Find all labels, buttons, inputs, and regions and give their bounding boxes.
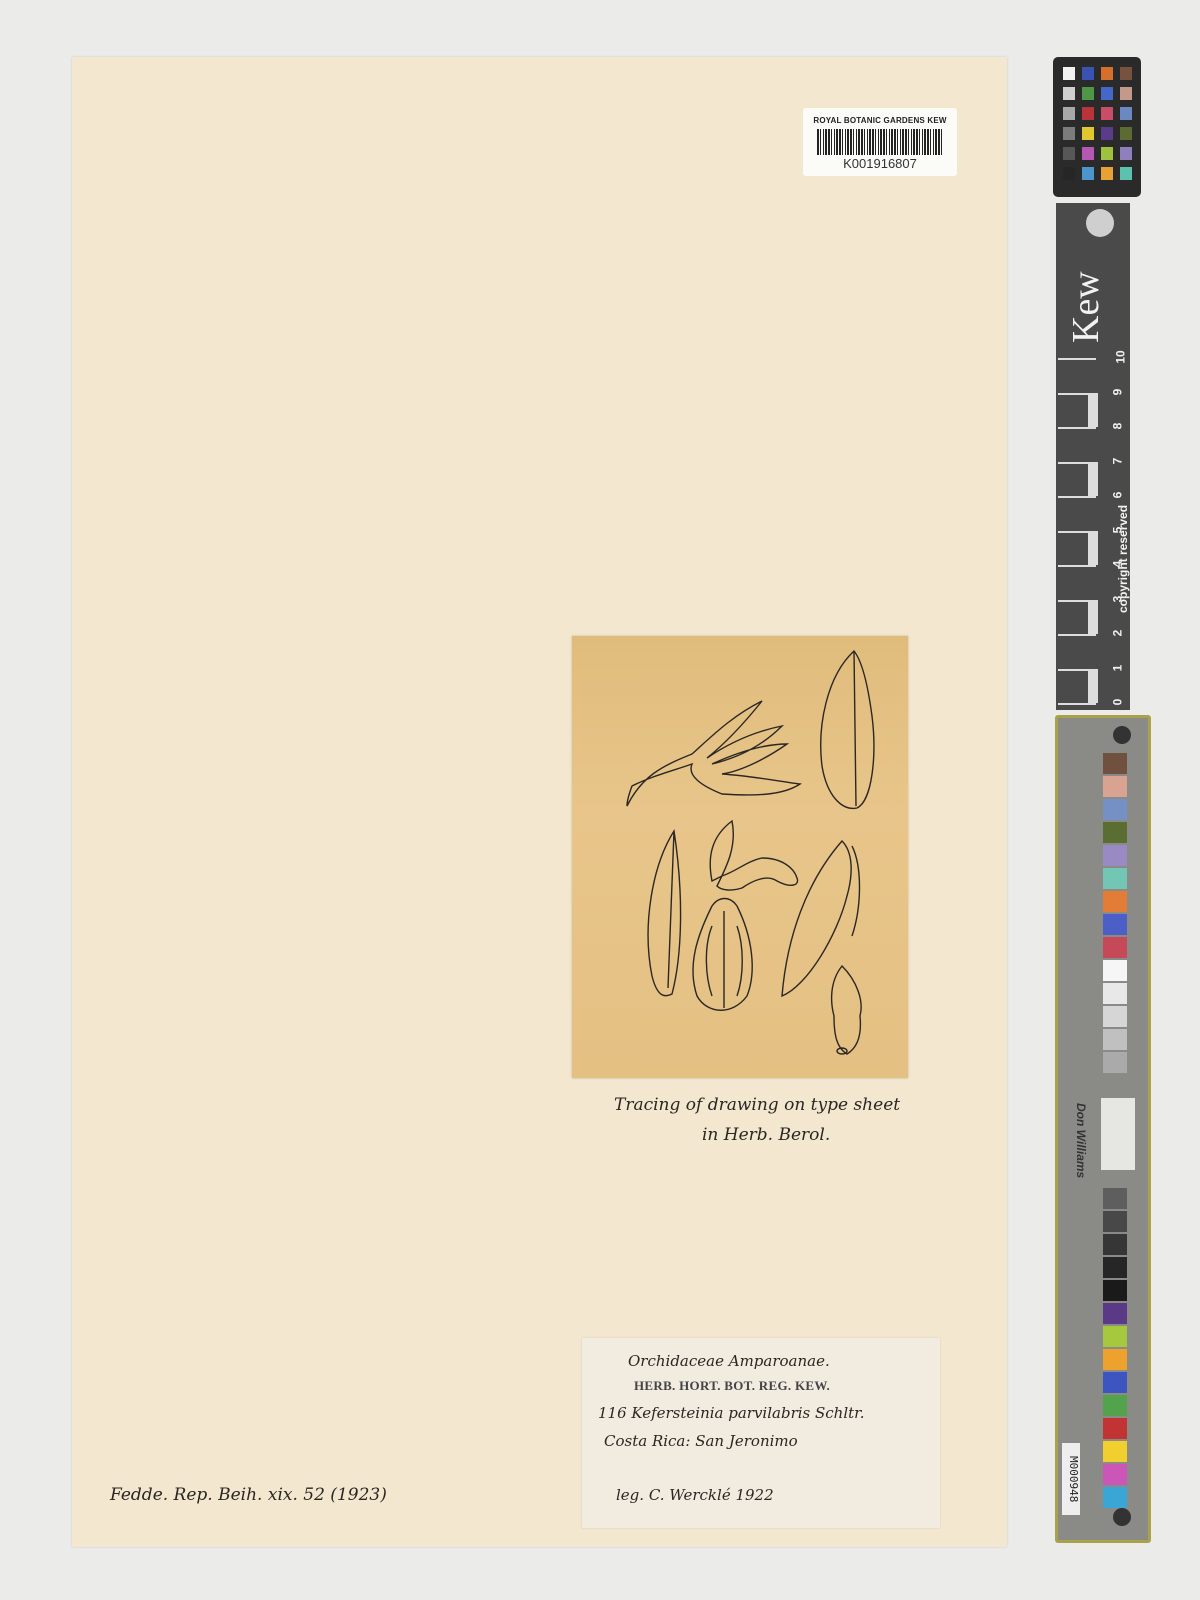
color-swatch: [1103, 1188, 1127, 1209]
color-swatch: [1103, 1395, 1127, 1416]
color-patch: [1063, 127, 1075, 140]
color-swatch: [1103, 1029, 1127, 1050]
color-target-strip: Don Williams M000948: [1055, 715, 1151, 1543]
color-swatch: [1103, 1257, 1127, 1278]
color-patch: [1082, 167, 1094, 180]
color-swatch: [1103, 1326, 1127, 1347]
color-swatch: [1103, 1234, 1127, 1255]
collector: leg. C. Wercklé 1922: [616, 1486, 774, 1504]
color-swatch: [1103, 822, 1127, 843]
color-patch: [1120, 127, 1132, 140]
ruler-fill: [1088, 600, 1098, 635]
color-swatch: [1103, 937, 1127, 958]
color-patch: [1120, 147, 1132, 160]
grey-insert: [1101, 1098, 1135, 1170]
color-patch: [1101, 87, 1113, 100]
color-patch: [1101, 127, 1113, 140]
herbarium-name: HERB. HORT. BOT. REG. KEW.: [634, 1378, 830, 1394]
tracing-note-line2: in Herb. Berol.: [702, 1125, 830, 1145]
color-swatch: [1103, 914, 1127, 935]
ruler-tick: [1058, 531, 1096, 533]
color-patch: [1082, 127, 1094, 140]
color-patch: [1120, 67, 1132, 80]
color-patch: [1082, 87, 1094, 100]
family-note: Orchidaceae Amparoanae.: [628, 1352, 830, 1370]
ruler-tick: [1058, 427, 1096, 429]
ruler-number: 8: [1110, 423, 1124, 430]
ruler-tick: [1058, 462, 1096, 464]
color-swatch: [1103, 868, 1127, 889]
kew-scale-bar: Kew copyright reserved 012345678910: [1056, 203, 1130, 710]
locality: Costa Rica: San Jeronimo: [604, 1432, 798, 1450]
color-swatch: [1103, 1349, 1127, 1370]
ruler-fill: [1088, 462, 1098, 497]
color-swatch: [1103, 983, 1127, 1004]
barcode-icon: [817, 129, 943, 155]
color-patch: [1063, 147, 1075, 160]
flower-sketch-icon: [627, 701, 800, 806]
ruler-number: 0: [1110, 699, 1124, 706]
ruler-number: 3: [1110, 595, 1124, 602]
ruler-tick: [1058, 600, 1096, 602]
color-swatch: [1103, 1006, 1127, 1027]
ruler-number: 6: [1110, 492, 1124, 499]
barcode-number: K001916807: [803, 156, 957, 171]
color-swatch: [1103, 960, 1127, 981]
color-patch: [1082, 67, 1094, 80]
color-patch: [1063, 67, 1075, 80]
ruler-tick: [1058, 565, 1096, 567]
color-swatch: [1103, 845, 1127, 866]
ruler-number: 2: [1110, 630, 1124, 637]
column-front-sketch-icon: [832, 966, 862, 1054]
color-swatch: [1103, 1464, 1127, 1485]
color-swatch: [1103, 753, 1127, 774]
tracing-note-line1: Tracing of drawing on type sheet: [614, 1095, 900, 1115]
cm-ruler: [1058, 353, 1098, 706]
color-patch: [1101, 167, 1113, 180]
color-patch: [1063, 107, 1075, 120]
specimen-label: Orchidaceae Amparoanae. HERB. HORT. BOT.…: [582, 1338, 940, 1528]
sepal-sketch-icon: [648, 831, 680, 996]
column-sketch-icon: [710, 821, 797, 890]
ruler-fill: [1088, 393, 1098, 428]
color-swatch: [1103, 1418, 1127, 1439]
color-patch: [1082, 107, 1094, 120]
color-patch: [1063, 167, 1075, 180]
color-swatch: [1103, 1280, 1127, 1301]
registration-dot-icon: [1113, 726, 1131, 744]
publication-reference: Fedde. Rep. Beih. xix. 52 (1923): [110, 1485, 387, 1505]
ruler-fill: [1088, 531, 1098, 566]
lip-sketch-icon: [693, 899, 752, 1011]
taxon-name: 116 Kefersteinia parvilabris Schltr.: [598, 1404, 864, 1422]
color-patch: [1120, 107, 1132, 120]
color-swatch: [1103, 776, 1127, 797]
color-swatch: [1103, 1303, 1127, 1324]
kew-logo: Kew: [1064, 271, 1108, 343]
ruler-tick: [1058, 358, 1096, 360]
target-id: M000948: [1062, 1443, 1080, 1515]
ruler-tick: [1058, 634, 1096, 636]
ruler-fill: [1088, 669, 1098, 704]
color-swatch: [1103, 1211, 1127, 1232]
ruler-tick: [1058, 393, 1096, 395]
brand-text: Don Williams: [1074, 1103, 1088, 1178]
color-patch: [1101, 67, 1113, 80]
ruler-tick: [1058, 496, 1096, 498]
color-swatch: [1103, 1441, 1127, 1462]
tracing-drawing: [572, 636, 908, 1078]
color-patch: [1120, 87, 1132, 100]
ruler-number: 4: [1110, 561, 1124, 568]
color-swatch: [1103, 1487, 1127, 1508]
kew-crest-icon: [1086, 209, 1114, 237]
registration-dot-icon: [1113, 1508, 1131, 1526]
ruler-tick: [1058, 703, 1096, 705]
barcode-label: ROYAL BOTANIC GARDENS KEW K001916807: [803, 108, 957, 176]
color-patch: [1120, 167, 1132, 180]
ruler-number: 9: [1110, 388, 1124, 395]
color-patch: [1082, 147, 1094, 160]
ruler-number: 10: [1114, 350, 1128, 363]
color-swatch: [1103, 891, 1127, 912]
color-patch: [1101, 107, 1113, 120]
ruler-tick: [1058, 669, 1096, 671]
color-swatch: [1103, 1052, 1127, 1073]
ruler-number: 7: [1110, 457, 1124, 464]
institution-name: ROYAL BOTANIC GARDENS KEW: [803, 116, 957, 125]
ruler-number: 1: [1110, 664, 1124, 671]
color-swatch: [1103, 1372, 1127, 1393]
color-patch: [1063, 87, 1075, 100]
color-patch: [1101, 147, 1113, 160]
color-checker-card: [1053, 57, 1141, 197]
ruler-number: 5: [1110, 526, 1124, 533]
petal-sketch-icon: [821, 651, 874, 808]
color-swatch: [1103, 799, 1127, 820]
